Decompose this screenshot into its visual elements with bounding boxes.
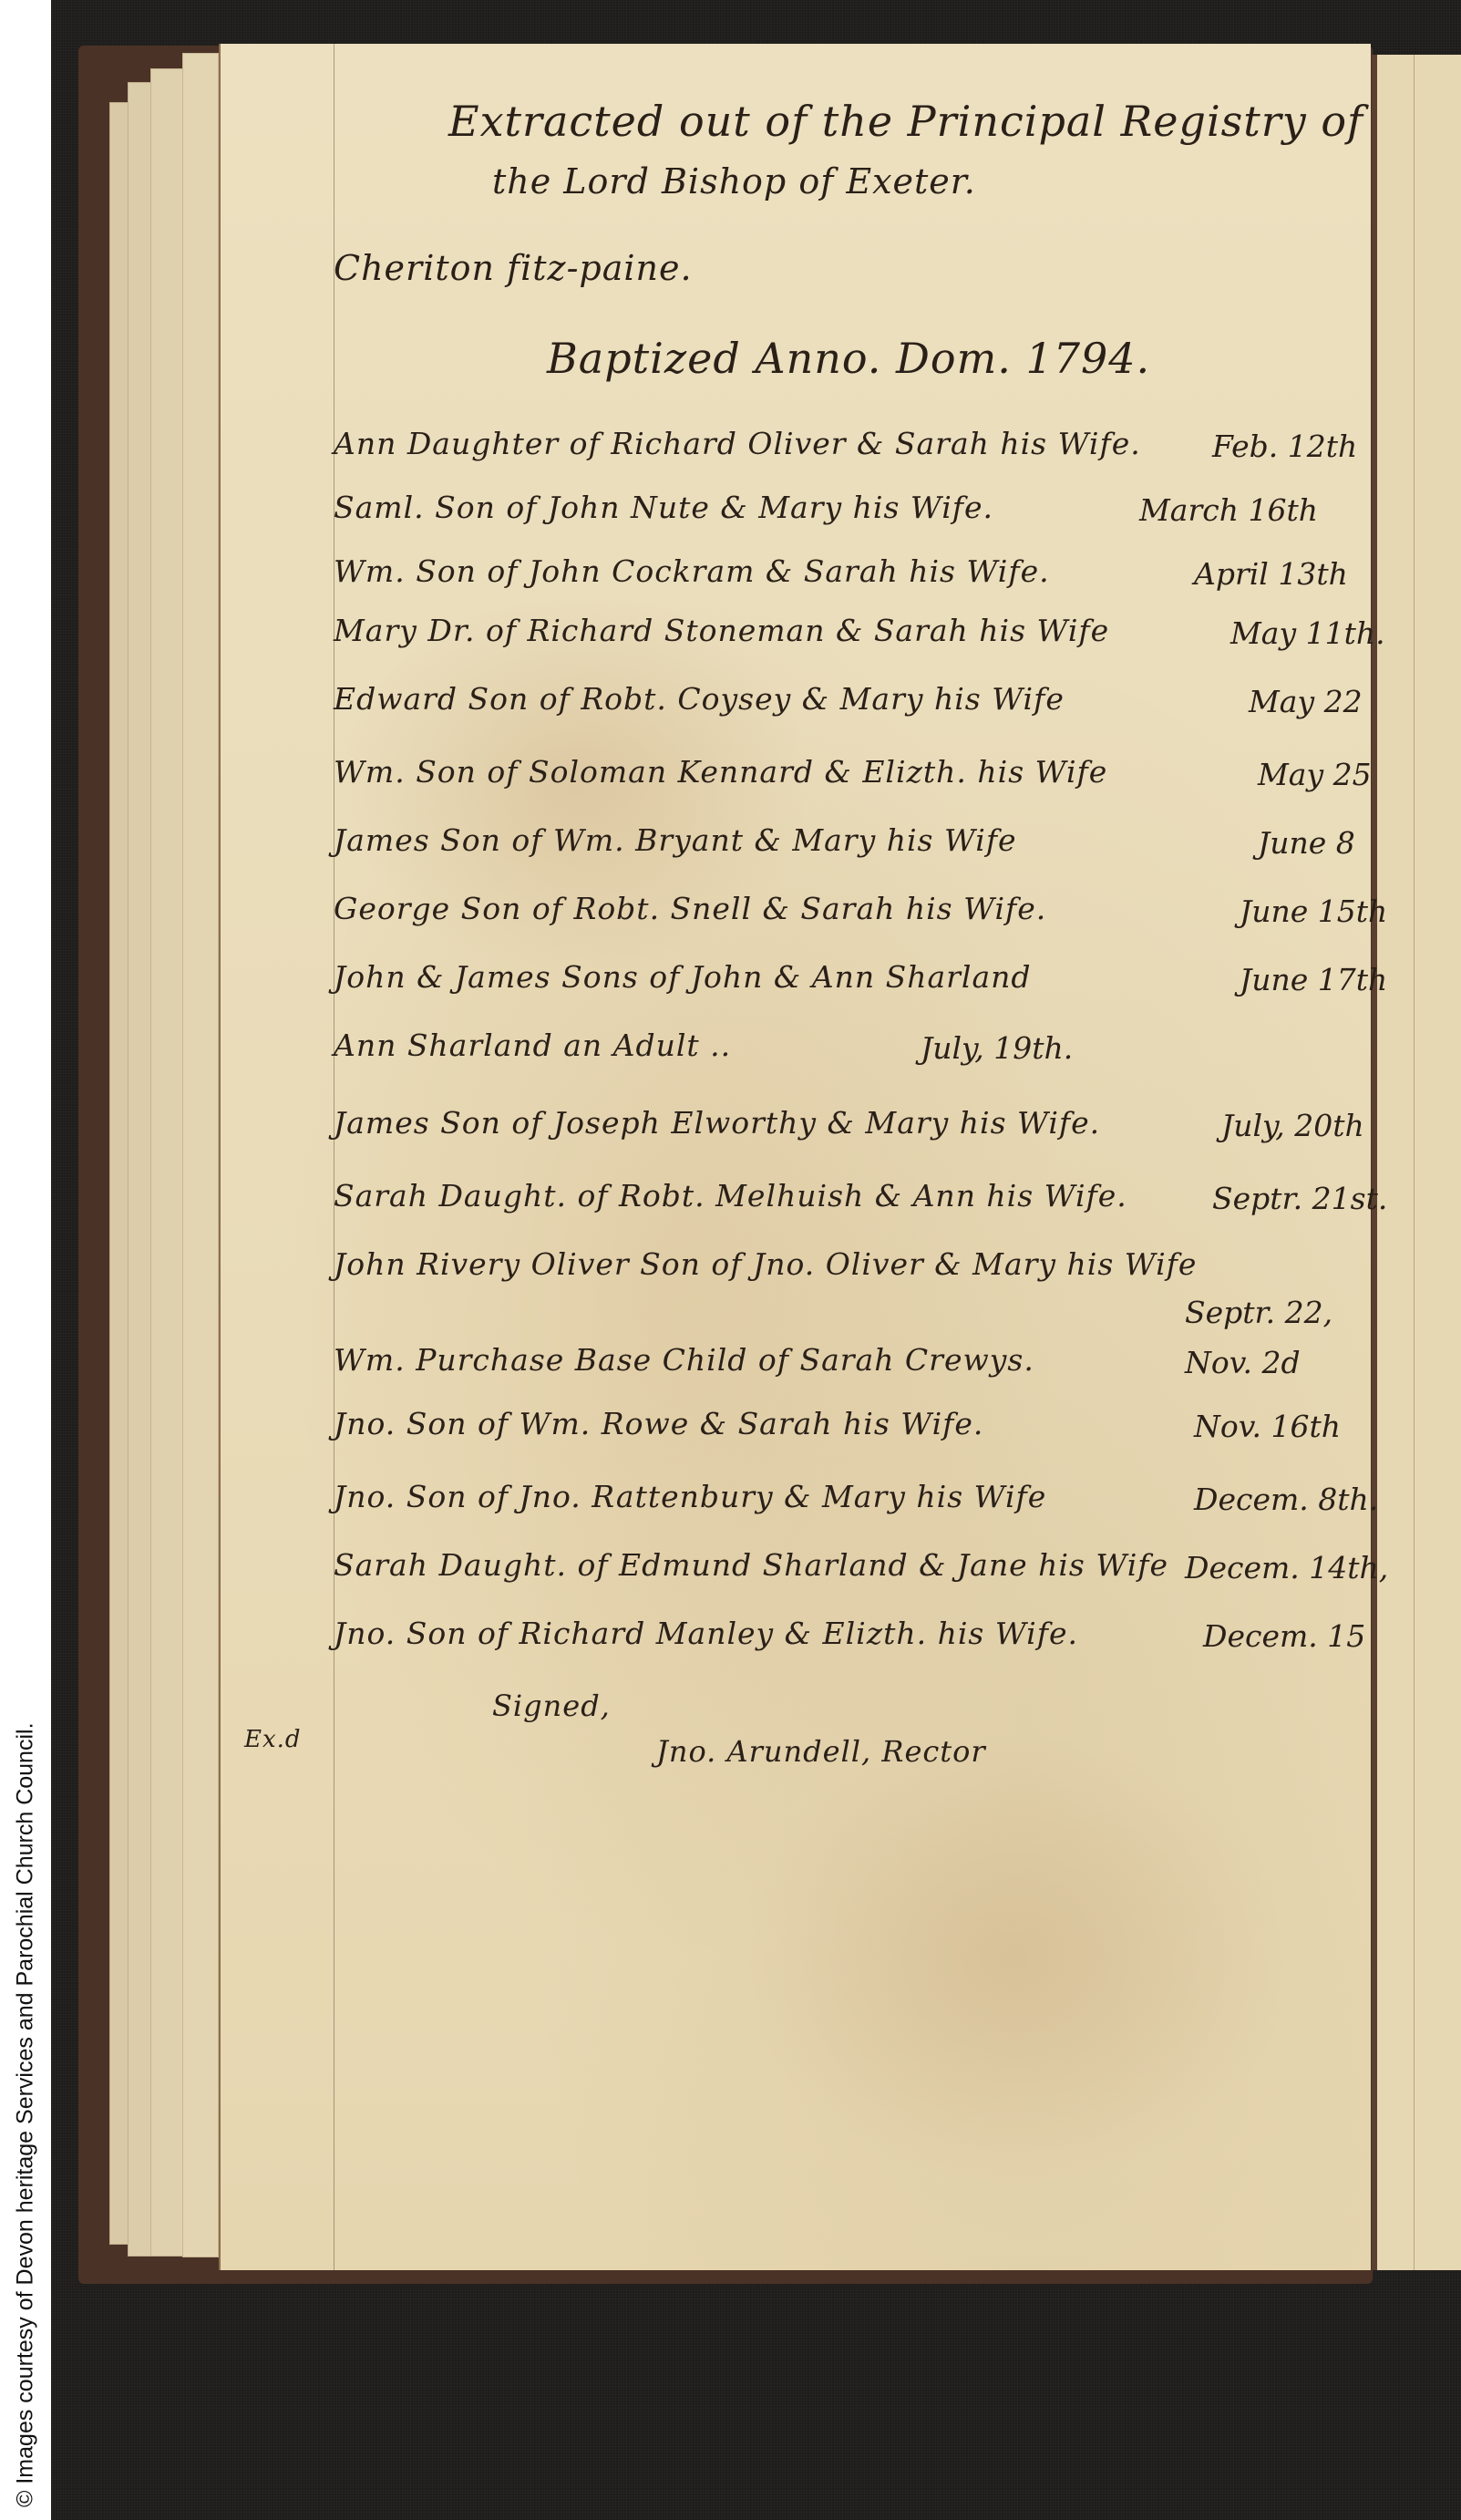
entry-date: Decem. 14th, [1185,1550,1388,1585]
facing-page [1372,55,1461,2270]
entry-date: May 11th. [1230,615,1385,651]
entry-text: Jno. Son of Jno. Rattenbury & Mary his W… [334,1482,1046,1512]
facing-page-margin-line [1414,55,1415,2270]
copyright-notice: © Images courtesy of Devon heritage Serv… [15,1722,37,2507]
entry-date: Nov. 2d [1185,1345,1301,1380]
entry-text: George Son of Robt. Snell & Sarah his Wi… [334,893,1046,924]
entry-date: Septr. 21st. [1212,1181,1387,1216]
entry-text: John & James Sons of John & Ann Sharland [334,962,1032,992]
entry-text: Jno. Son of Wm. Rowe & Sarah his Wife. [334,1409,983,1439]
page-edge-stack [182,53,221,2257]
entry-text: Ann Sharland an Adult .. [334,1030,731,1060]
entry-date: June 8 [1258,825,1355,861]
entry-date: Decem. 15 [1203,1618,1365,1654]
entry-date: May 22 [1249,684,1363,719]
margin-annotation: Ex.d [244,1728,302,1751]
section-title: Baptized Anno. Dom. 1794. [547,337,1150,379]
entry-date: Nov. 16th [1194,1409,1341,1444]
rector-signature: Jno. Arundell, Rector [656,1737,986,1766]
heading-line-2: the Lord Bishop of Exeter. [492,164,976,199]
entry-date: March 16th [1139,492,1318,528]
entry-text: Edward Son of Robt. Coysey & Mary his Wi… [334,684,1065,714]
entry-text: Saml. Son of John Nute & Mary his Wife. [334,492,993,522]
entry-text: Sarah Daught. of Robt. Melhuish & Ann hi… [334,1181,1127,1211]
heading-line-1: Extracted out of the Principal Registry … [448,100,1363,142]
entry-text: Jno. Son of Richard Manley & Elizth. his… [334,1618,1078,1648]
entry-text: Mary Dr. of Richard Stoneman & Sarah his… [334,615,1109,645]
entry-date: Decem. 8th. [1194,1482,1378,1517]
entry-text: Wm. Son of John Cockram & Sarah his Wife… [334,556,1050,586]
entry-date: June 17th [1240,962,1387,997]
entry-text: John Rivery Oliver Son of Jno. Oliver & … [334,1249,1197,1279]
margin-rule [334,44,334,2270]
entry-text: James Son of Wm. Bryant & Mary his Wife [334,825,1017,855]
entry-date: July, 19th. [921,1030,1073,1066]
entry-text: James Son of Joseph Elworthy & Mary his … [334,1108,1100,1138]
entry-date: June 15th [1240,893,1387,929]
signed-label: Signed, [492,1691,611,1720]
entry-date: May 25 [1258,757,1372,792]
entry-text: Sarah Daught. of Edmund Sharland & Jane … [334,1550,1168,1580]
entry-text: Ann Daughter of Richard Oliver & Sarah h… [334,429,1141,459]
paper-stain [731,1730,1296,2186]
entry-text: Wm. Purchase Base Child of Sarah Crewys. [334,1345,1034,1375]
entry-date: Septr. 22, [1185,1295,1332,1330]
entry-text: Wm. Son of Soloman Kennard & Elizth. his… [334,757,1107,787]
entry-date: July, 20th [1221,1108,1364,1143]
entry-date: April 13th [1194,556,1348,592]
parish-name: Cheriton fitz-paine. [334,251,693,285]
entry-date: Feb. 12th [1212,429,1357,464]
credit-strip: © Images courtesy of Devon heritage Serv… [0,0,51,2520]
